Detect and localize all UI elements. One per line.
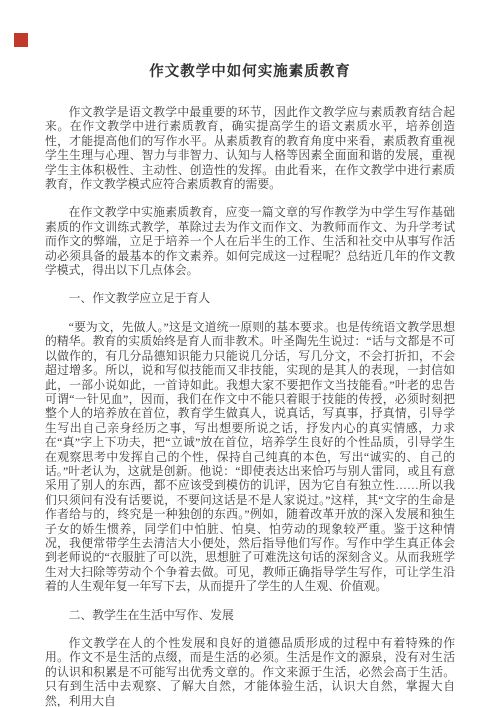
paragraph-intro: 作文教学是语文教学中最重要的环节，因此作文教学应与素质教育结合起来。在作文教学中… [45,105,455,191]
paragraph-overview: 在作文教学中实施素质教育，应变一篇文章的写作教学为中学生写作基础素质的作文训练式… [45,205,455,277]
section-heading-1: 一、作文教学应立足于育人 [45,291,455,305]
paragraph-section-1: “要为文，先做人。”这是文道统一原则的基本要求。也是传统语文教学思想的精华。教育… [45,320,455,594]
section-heading-2: 二、教学生在生活中写作、发展 [45,608,455,622]
document-page: 作文教学中如何实施素质教育 作文教学是语文教学中最重要的环节，因此作文教学应与素… [0,0,500,707]
document-body: 作文教学中如何实施素质教育 作文教学是语文教学中最重要的环节，因此作文教学应与素… [45,60,455,707]
paragraph-section-2: 作文教学在人的个性发展和良好的道德品质形成的过程中有着特殊的作用。作文不是生活的… [45,636,455,707]
document-title: 作文教学中如何实施素质教育 [45,60,455,81]
red-square-marker [14,33,28,47]
